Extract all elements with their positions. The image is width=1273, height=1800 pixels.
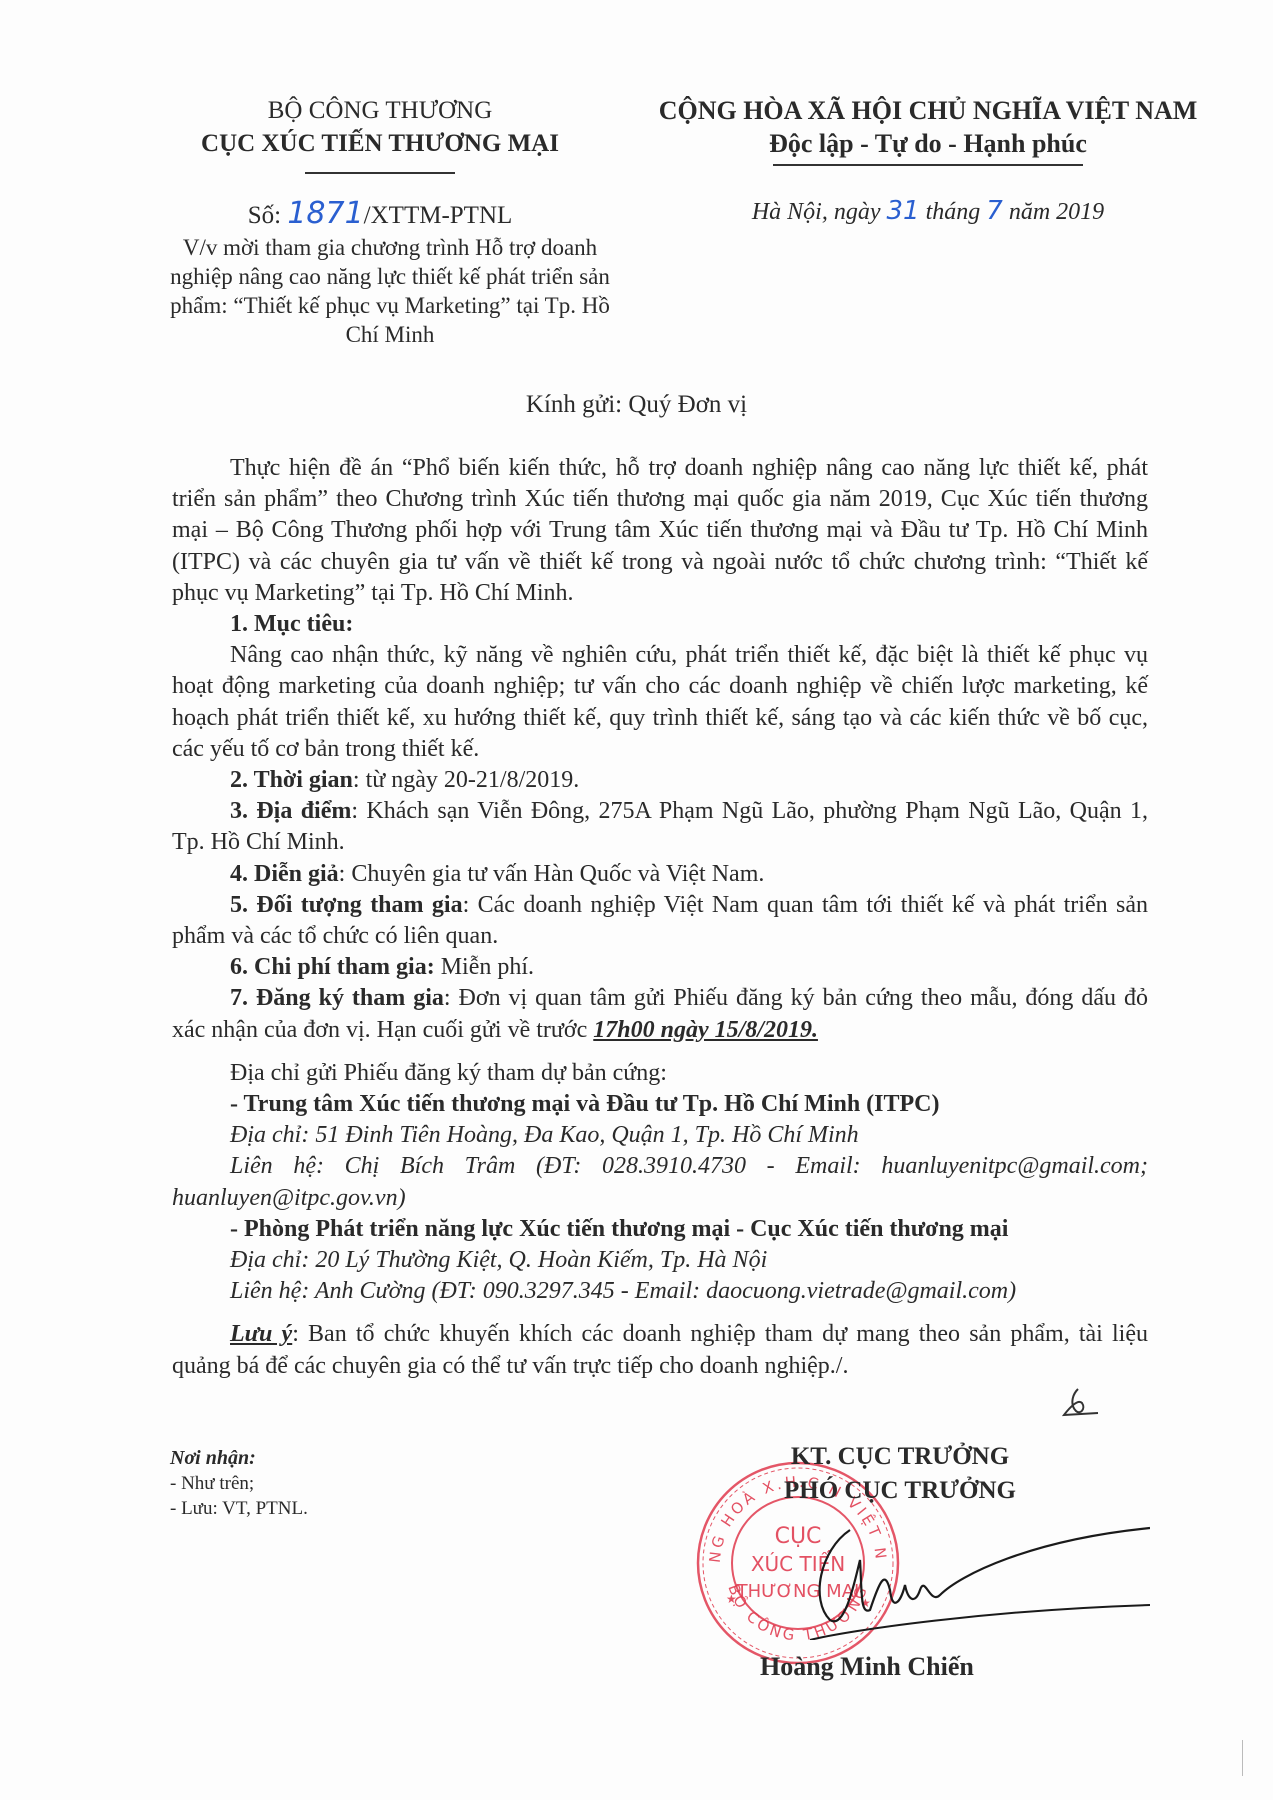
section-objective-heading: 1. Mục tiêu: (172, 609, 1148, 640)
signature-title-2: PHÓ CỤC TRƯỞNG (700, 1474, 1100, 1508)
recipient-item: - Lưu: VT, PTNL. (170, 1496, 308, 1521)
section-time: 2. Thời gian: từ ngày 20-21/8/2019. (172, 765, 1148, 796)
handwritten-day: 31 (887, 196, 920, 226)
svg-text:★: ★ (726, 1592, 737, 1606)
section-registration: 7. Đăng ký tham gia: Đơn vị quan tâm gửi… (172, 983, 1148, 1045)
section-audience: 5. Đối tượng tham gia: Các doanh nghiệp … (172, 890, 1148, 952)
contact-vietrade-org: - Phòng Phát triển năng lực Xúc tiến thư… (172, 1214, 1148, 1245)
address-intro: Địa chỉ gửi Phiếu đăng ký tham dự bản cứ… (172, 1058, 1148, 1089)
subject-line: V/v mời tham gia chương trình Hỗ trợ doa… (160, 233, 620, 349)
national-header: CỘNG HÒA XÃ HỘI CHỦ NGHĨA VIỆT NAM Độc l… (628, 94, 1228, 166)
letter-body: Thực hiện đề án “Phổ biến kiến thức, hỗ … (172, 453, 1148, 1382)
contact-itpc-org: - Trung tâm Xúc tiến thương mại và Đầu t… (172, 1089, 1148, 1120)
header-divider (305, 172, 455, 174)
greeting: Kính gửi: Quý Đơn vị (0, 391, 1273, 419)
handwritten-month: 7 (986, 196, 1003, 226)
agency-name: CỤC XÚC TIẾN THƯƠNG MẠI (160, 127, 600, 160)
signer-name: Hoàng Minh Chiến (760, 1652, 974, 1682)
handwritten-signature-icon (790, 1520, 1150, 1640)
issuer-header: BỘ CÔNG THƯƠNG CỤC XÚC TIẾN THƯƠNG MẠI (160, 94, 600, 174)
note-paragraph: Lưu ý: Ban tổ chức khuyến khích các doan… (172, 1319, 1148, 1381)
registration-deadline: 17h00 ngày 15/8/2019. (593, 1017, 818, 1043)
country-name: CỘNG HÒA XÃ HỘI CHỦ NGHĨA VIỆT NAM (628, 94, 1228, 127)
initials-mark-icon (1058, 1385, 1102, 1421)
motto-underline (773, 164, 1083, 166)
handwritten-number: 1871 (287, 196, 363, 231)
scan-margin-mark (1242, 1740, 1243, 1776)
section-objective-text: Nâng cao nhận thức, kỹ năng về nghiên cứ… (172, 640, 1148, 765)
recipient-item: - Như trên; (170, 1471, 308, 1496)
section-speakers: 4. Diễn giả: Chuyên gia tư vấn Hàn Quốc … (172, 859, 1148, 890)
document-date: Hà Nội, ngày 31 tháng 7 năm 2019 (628, 196, 1228, 226)
recipients-block: Nơi nhận: - Như trên; - Lưu: VT, PTNL. (170, 1446, 308, 1521)
document-number: Số: 1871/XTTM-PTNL (160, 196, 600, 231)
contact-itpc-contact: Liên hệ: Chị Bích Trâm (ĐT: 028.3910.473… (172, 1151, 1148, 1213)
contact-vietrade-contact: Liên hệ: Anh Cường (ĐT: 090.3297.345 - E… (172, 1276, 1148, 1307)
signature-title-1: KT. CỤC TRƯỞNG (700, 1440, 1100, 1474)
national-motto: Độc lập - Tự do - Hạnh phúc (628, 127, 1228, 160)
section-fee: 6. Chi phí tham gia: Miễn phí. (172, 952, 1148, 983)
intro-paragraph: Thực hiện đề án “Phổ biến kiến thức, hỗ … (172, 453, 1148, 609)
signature-block: KT. CỤC TRƯỞNG PHÓ CỤC TRƯỞNG (700, 1440, 1100, 1508)
section-venue: 3. Địa điểm: Khách sạn Viễn Đông, 275A P… (172, 796, 1148, 858)
ministry-name: BỘ CÔNG THƯƠNG (160, 94, 600, 127)
recipients-title: Nơi nhận: (170, 1446, 308, 1471)
contact-vietrade-address: Địa chỉ: 20 Lý Thường Kiệt, Q. Hoàn Kiếm… (172, 1245, 1148, 1276)
contact-itpc-address: Địa chỉ: 51 Đinh Tiên Hoàng, Đa Kao, Quậ… (172, 1120, 1148, 1151)
